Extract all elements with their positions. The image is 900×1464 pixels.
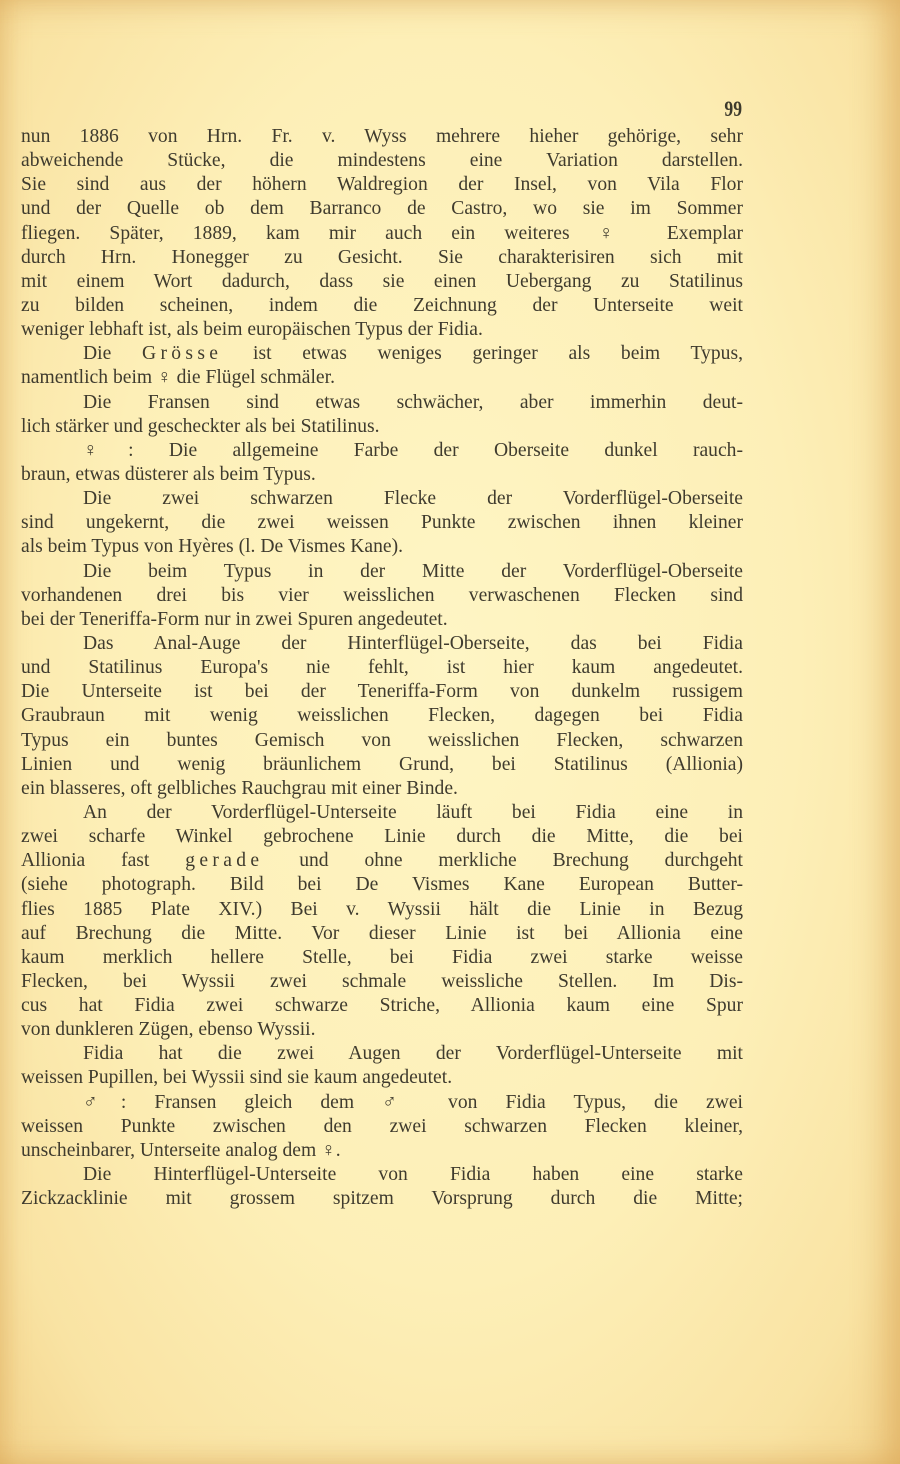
scanned-page: 99 nun 1886 von Hrn. Fr. v. Wyss mehrere… xyxy=(0,0,900,1464)
text-line: zu bilden scheinen, indem die Zeichnung … xyxy=(21,294,743,318)
text-line: kaum merklich hellere Stelle, bei Fidia … xyxy=(21,946,743,970)
text-line: nun 1886 von Hrn. Fr. v. Wyss mehrere hi… xyxy=(21,125,743,149)
text-line: fliegen. Später, 1889, kam mir auch ein … xyxy=(21,222,743,246)
text-line: Linien und wenig bräunlichem Grund, bei … xyxy=(21,753,743,777)
text-line: ♂: Fransen gleich dem ♂ von Fidia Typus,… xyxy=(21,1091,743,1115)
text-line: von dunkleren Zügen, ebenso Wyssii. xyxy=(21,1018,743,1042)
text-line: bei der Teneriffa-Form nur in zwei Spure… xyxy=(21,608,743,632)
text-run: ist etwas weniges geringer als beim Typu… xyxy=(222,343,743,364)
text-run: Allionia fast xyxy=(21,850,185,871)
text-line: sind ungekernt, die zwei weissen Punkte … xyxy=(21,511,743,535)
text-line: Die Unterseite ist bei der Teneriffa-For… xyxy=(21,680,743,704)
text-line: Allionia fast gerade und ohne merkliche … xyxy=(21,849,743,873)
text-line: Die Fransen sind etwas schwächer, aber i… xyxy=(21,391,743,415)
text-line: weniger lebhaft ist, als beim europäisch… xyxy=(21,318,743,342)
text-line: zwei scharfe Winkel gebrochene Linie dur… xyxy=(21,825,743,849)
text-line: braun, etwas düsterer als beim Typus. xyxy=(21,463,743,487)
text-line: weissen Pupillen, bei Wyssii sind sie ka… xyxy=(21,1066,743,1090)
text-line: Die zwei schwarzen Flecke der Vorderflüg… xyxy=(21,487,743,511)
text-line: vorhandenen drei bis vier weisslichen ve… xyxy=(21,584,743,608)
text-line: auf Brechung die Mitte. Vor dieser Linie… xyxy=(21,922,743,946)
text-line: Typus ein buntes Gemisch von weisslichen… xyxy=(21,729,743,753)
text-line: und Statilinus Europa's nie fehlt, ist h… xyxy=(21,656,743,680)
text-line: (siehe photograph. Bild bei De Vismes Ka… xyxy=(21,873,743,897)
text-line: als beim Typus von Hyères (l. De Vismes … xyxy=(21,535,743,559)
emphasized-word: gerade xyxy=(185,850,263,871)
text-line: Die beim Typus in der Mitte der Vorderfl… xyxy=(21,560,743,584)
text-line: lich stärker und gescheckter als bei Sta… xyxy=(21,415,743,439)
text-line: Die Hinterflügel-Unterseite von Fidia ha… xyxy=(21,1163,743,1187)
text-line: Flecken, bei Wyssii zwei schmale weissli… xyxy=(21,970,743,994)
text-line: namentlich beim ♀ die Flügel schmäler. xyxy=(21,366,743,390)
page-number: 99 xyxy=(721,96,742,122)
text-line: Fidia hat die zwei Augen der Vorderflüge… xyxy=(21,1042,743,1066)
text-line: Sie sind aus der höhern Waldregion der I… xyxy=(21,173,743,197)
body-text: nun 1886 von Hrn. Fr. v. Wyss mehrere hi… xyxy=(21,125,743,1211)
text-line: mit einem Wort dadurch, dass sie einen U… xyxy=(21,270,743,294)
text-line: Die Grösse ist etwas weniges geringer al… xyxy=(21,342,743,366)
text-line: cus hat Fidia zwei schwarze Striche, All… xyxy=(21,994,743,1018)
text-line: abweichende Stücke, die mindestens eine … xyxy=(21,149,743,173)
text-line: An der Vorderflügel-Unterseite läuft bei… xyxy=(21,801,743,825)
text-line: weissen Punkte zwischen den zwei schwarz… xyxy=(21,1115,743,1139)
text-line: Graubraun mit wenig weisslichen Flecken,… xyxy=(21,704,743,728)
text-line: Zickzacklinie mit grossem spitzem Vorspr… xyxy=(21,1187,743,1211)
emphasized-word: Grösse xyxy=(142,343,222,364)
text-run: Die xyxy=(83,343,142,364)
text-line: flies 1885 Plate XIV.) Bei v. Wyssii häl… xyxy=(21,898,743,922)
text-line: und der Quelle ob dem Barranco de Castro… xyxy=(21,197,743,221)
text-line: unscheinbarer, Unterseite analog dem ♀. xyxy=(21,1139,743,1163)
text-line: durch Hrn. Honegger zu Gesicht. Sie char… xyxy=(21,246,743,270)
text-line: ♀: Die allgemeine Farbe der Oberseite du… xyxy=(21,439,743,463)
text-run: und ohne merkliche Brechung durchgeht xyxy=(263,850,743,871)
text-line: ein blasseres, oft gelbliches Rauchgrau … xyxy=(21,777,743,801)
text-line: Das Anal-Auge der Hinterflügel-Oberseite… xyxy=(21,632,743,656)
